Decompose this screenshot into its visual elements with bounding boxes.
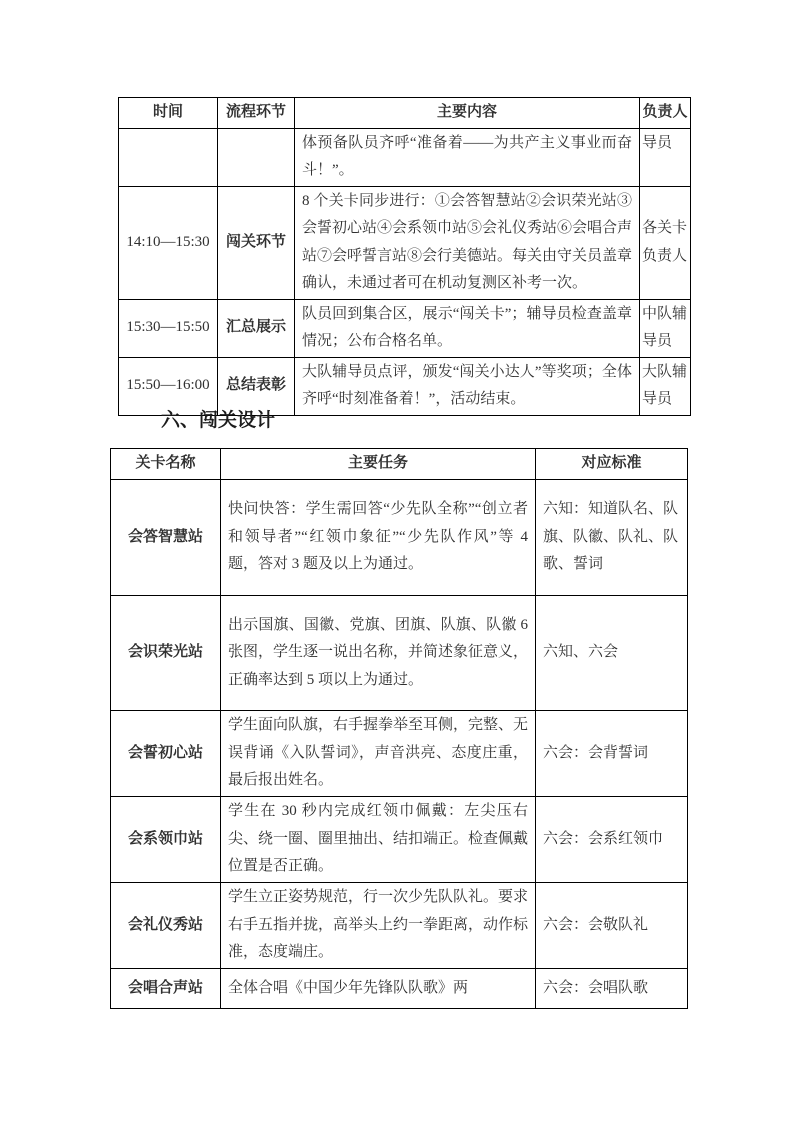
station-standard: 六会：会唱队歌 xyxy=(536,969,688,1009)
station-task: 出示国旗、国徽、党旗、团旗、队旗、队徽 6 张图，学生逐一说出名称，并简述象征意… xyxy=(221,596,536,711)
station-row: 会唱合声站 全体合唱《中国少年先锋队队歌》两 六会：会唱队歌 xyxy=(111,969,688,1009)
station-header-name: 关卡名称 xyxy=(111,449,221,480)
section-heading: 六、闯关设计 xyxy=(161,408,275,434)
station-task: 学生立正姿势规范，行一次少先队队礼。要求右手五指并拢，高举头上约一拳距离，动作标… xyxy=(221,883,536,969)
station-header-task: 主要任务 xyxy=(221,449,536,480)
schedule-content: 队员回到集合区，展示“闯关卡”；辅导员检查盖章情况；公布合格名单。 xyxy=(295,299,640,357)
station-row: 会礼仪秀站 学生立正姿势规范，行一次少先队队礼。要求右手五指并拢，高举头上约一拳… xyxy=(111,883,688,969)
station-task: 全体合唱《中国少年先锋队队歌》两 xyxy=(221,969,536,1009)
schedule-owner: 大队辅导员 xyxy=(640,357,691,415)
schedule-owner: 各关卡负责人 xyxy=(640,186,691,299)
station-name: 会系领巾站 xyxy=(111,797,221,883)
schedule-header-content: 主要内容 xyxy=(295,98,640,129)
schedule-time xyxy=(119,128,218,186)
station-header-standard: 对应标准 xyxy=(536,449,688,480)
schedule-time: 15:50—16:00 xyxy=(119,357,218,415)
station-name: 会礼仪秀站 xyxy=(111,883,221,969)
station-name: 会誓初心站 xyxy=(111,711,221,797)
station-name: 会唱合声站 xyxy=(111,969,221,1009)
document-page: 时间 流程环节 主要内容 负责人 体预备队员齐呼“准备着——为共产主义事业而奋斗… xyxy=(0,0,793,1122)
schedule-stage: 总结表彰 xyxy=(218,357,295,415)
station-standard: 六会：会系红领巾 xyxy=(536,797,688,883)
station-name: 会识荣光站 xyxy=(111,596,221,711)
schedule-stage xyxy=(218,128,295,186)
station-row: 会答智慧站 快问快答：学生需回答“少先队全称”“创立者和领导者”“红领巾象征”“… xyxy=(111,480,688,596)
station-row: 会誓初心站 学生面向队旗，右手握拳举至耳侧，完整、无误背诵《入队誓词》，声音洪亮… xyxy=(111,711,688,797)
schedule-content: 体预备队员齐呼“准备着——为共产主义事业而奋斗！”。 xyxy=(295,128,640,186)
schedule-row: 14:10—15:30 闯关环节 8 个关卡同步进行：①会答智慧站②会识荣光站③… xyxy=(119,186,691,299)
schedule-owner: 中队辅导员 xyxy=(640,299,691,357)
station-task: 学生面向队旗，右手握拳举至耳侧，完整、无误背诵《入队誓词》，声音洪亮、态度庄重，… xyxy=(221,711,536,797)
schedule-content: 8 个关卡同步进行：①会答智慧站②会识荣光站③会誓初心站④会系领巾站⑤会礼仪秀站… xyxy=(295,186,640,299)
schedule-time: 14:10—15:30 xyxy=(119,186,218,299)
station-task: 学生在 30 秒内完成红领巾佩戴：左尖压右尖、绕一圈、圈里抽出、结扣端正。检查佩… xyxy=(221,797,536,883)
schedule-owner: 导员 xyxy=(640,128,691,186)
schedule-header-time: 时间 xyxy=(119,98,218,129)
schedule-header-stage: 流程环节 xyxy=(218,98,295,129)
schedule-header-owner: 负责人 xyxy=(640,98,691,129)
station-task: 快问快答：学生需回答“少先队全称”“创立者和领导者”“红领巾象征”“少先队作风”… xyxy=(221,480,536,596)
station-standard: 六知、六会 xyxy=(536,596,688,711)
station-header-row: 关卡名称 主要任务 对应标准 xyxy=(111,449,688,480)
schedule-header-row: 时间 流程环节 主要内容 负责人 xyxy=(119,98,691,129)
station-row: 会系领巾站 学生在 30 秒内完成红领巾佩戴：左尖压右尖、绕一圈、圈里抽出、结扣… xyxy=(111,797,688,883)
schedule-content: 大队辅导员点评，颁发“闯关小达人”等奖项；全体齐呼“时刻准备着！”，活动结束。 xyxy=(295,357,640,415)
schedule-stage: 汇总展示 xyxy=(218,299,295,357)
schedule-row: 15:30—15:50 汇总展示 队员回到集合区，展示“闯关卡”；辅导员检查盖章… xyxy=(119,299,691,357)
station-name: 会答智慧站 xyxy=(111,480,221,596)
schedule-time: 15:30—15:50 xyxy=(119,299,218,357)
station-table: 关卡名称 主要任务 对应标准 会答智慧站 快问快答：学生需回答“少先队全称”“创… xyxy=(110,448,688,1009)
station-row: 会识荣光站 出示国旗、国徽、党旗、团旗、队旗、队徽 6 张图，学生逐一说出名称，… xyxy=(111,596,688,711)
station-standard: 六会：会背誓词 xyxy=(536,711,688,797)
schedule-row: 体预备队员齐呼“准备着——为共产主义事业而奋斗！”。 导员 xyxy=(119,128,691,186)
station-standard: 六知：知道队名、队旗、队徽、队礼、队歌、誓词 xyxy=(536,480,688,596)
schedule-row: 15:50—16:00 总结表彰 大队辅导员点评，颁发“闯关小达人”等奖项；全体… xyxy=(119,357,691,415)
schedule-table: 时间 流程环节 主要内容 负责人 体预备队员齐呼“准备着——为共产主义事业而奋斗… xyxy=(118,97,691,416)
station-standard: 六会：会敬队礼 xyxy=(536,883,688,969)
schedule-stage: 闯关环节 xyxy=(218,186,295,299)
